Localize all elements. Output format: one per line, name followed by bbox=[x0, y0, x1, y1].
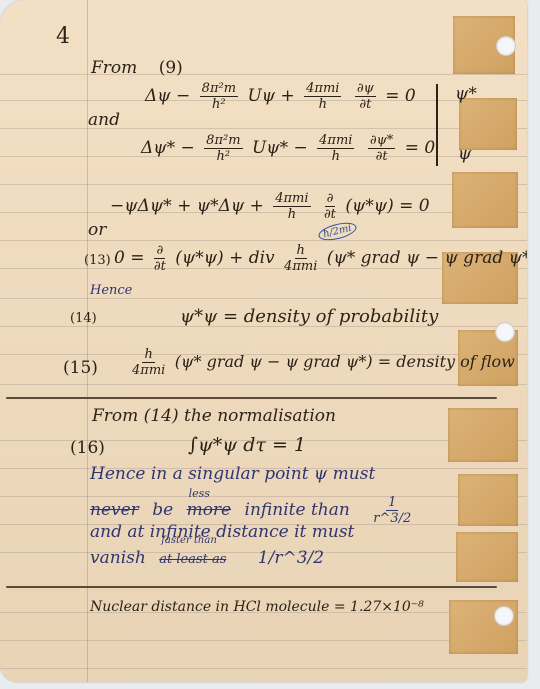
multiplier-psi: ψ bbox=[458, 146, 471, 163]
paragraph-line-1: Hence in a singular point ψ must bbox=[90, 466, 375, 483]
equation-14: ψ*ψ = density of probability bbox=[180, 308, 438, 326]
eq16-label: (16) bbox=[70, 440, 105, 457]
equation-b: Δψ* − 8π²mh² Uψ* − 4πmih ∂ψ*∂t = 0 bbox=[141, 134, 435, 163]
ruled-line bbox=[0, 128, 527, 129]
ruled-line bbox=[0, 240, 527, 241]
and-word: and bbox=[88, 112, 120, 129]
from-word: From bbox=[91, 58, 137, 78]
equation-a: Δψ − 8π²mh² Uψ + 4πmih ∂ψ∂t = 0 bbox=[145, 82, 416, 111]
fraction: ∂ψ∂t bbox=[355, 82, 376, 111]
tape-strip bbox=[456, 532, 518, 582]
eq-a-lhs: Δψ − bbox=[145, 86, 190, 106]
punch-hole bbox=[495, 322, 515, 342]
struck-word: more bbox=[187, 500, 232, 520]
eq15-text: (ψ* grad ψ − ψ grad ψ*) = density of flo… bbox=[175, 352, 515, 371]
paragraph-line-3: and at infinite distance it must bbox=[90, 524, 354, 541]
tape-strip bbox=[452, 172, 518, 228]
equation-c: −ψΔψ* + ψ*Δψ + 4πmih ∂∂t (ψ*ψ) = 0 bbox=[110, 192, 430, 221]
fraction: h4πmi bbox=[132, 348, 165, 377]
eq-c-rhs: (ψ*ψ) = 0 bbox=[345, 196, 429, 216]
section-divider bbox=[6, 397, 497, 399]
vertical-bar bbox=[436, 84, 438, 166]
fraction: 4πmih bbox=[273, 192, 310, 221]
punch-hole bbox=[496, 36, 516, 56]
multiplier-psi-star: ψ* bbox=[455, 86, 477, 103]
footer-note: Nuclear distance in HCl molecule = 1.27×… bbox=[90, 600, 424, 614]
inserted-phrase: faster than bbox=[161, 536, 217, 546]
eq-c-lhs: −ψΔψ* + ψ*Δψ + bbox=[110, 196, 264, 216]
eq13-label: (13) bbox=[84, 254, 111, 267]
ruled-line bbox=[0, 74, 527, 75]
struck-phrase: at least as bbox=[159, 552, 226, 567]
normalisation-line: From (14) the normalisation bbox=[92, 408, 336, 425]
fraction: 4πmih bbox=[317, 134, 354, 163]
fraction: 4πmih bbox=[304, 82, 341, 111]
equation-16: ∫ψ*ψ dτ = 1 bbox=[188, 436, 306, 455]
hence-word: Hence bbox=[90, 284, 132, 297]
tape-strip bbox=[458, 474, 518, 526]
eq15-label: (15) bbox=[63, 360, 98, 377]
ruled-line bbox=[0, 668, 527, 669]
ruled-line bbox=[0, 184, 527, 185]
fraction: ∂ψ*∂t bbox=[368, 134, 395, 163]
inserted-word: less bbox=[189, 488, 210, 499]
paragraph-line-4: vanish at least as faster than 1/r^3/2 bbox=[90, 550, 324, 567]
ruled-line bbox=[0, 640, 527, 641]
eq14-label: (14) bbox=[70, 312, 97, 325]
fraction: h4πmi bbox=[284, 244, 317, 273]
fraction: ∂∂t bbox=[154, 244, 166, 273]
eq13-rhs: (ψ* grad ψ − ψ grad ψ*) bbox=[327, 248, 527, 268]
punch-hole bbox=[494, 606, 514, 626]
eq-b-lhs: Δψ* − bbox=[141, 138, 195, 158]
eq13-mid: (ψ*ψ) + div bbox=[175, 248, 274, 268]
eq-a-rhs: = 0 bbox=[385, 86, 415, 106]
page-number: 4 bbox=[56, 26, 70, 48]
fraction: ∂∂t bbox=[324, 192, 336, 221]
or-word: or bbox=[88, 222, 106, 239]
eq-a-mid: Uψ + bbox=[247, 86, 294, 106]
equation-ref: (9) bbox=[159, 58, 183, 78]
section-divider bbox=[6, 586, 497, 588]
ruled-line bbox=[0, 384, 527, 385]
from-line: From (9) bbox=[91, 60, 183, 77]
fraction: 1r^3/2 bbox=[373, 496, 411, 525]
eq-b-mid: Uψ* − bbox=[252, 138, 308, 158]
fraction: 8π²mh² bbox=[204, 134, 242, 163]
equation-13: 0 = ∂∂t (ψ*ψ) + div h4πmi (ψ* grad ψ − ψ… bbox=[114, 244, 527, 273]
manuscript-page: 4 From (9) Δψ − 8π²mh² Uψ + 4πmih ∂ψ∂t =… bbox=[0, 0, 527, 682]
eq13-lhs: 0 = bbox=[114, 248, 144, 268]
margin-line bbox=[87, 0, 88, 682]
eq-b-rhs: = 0 bbox=[405, 138, 435, 158]
struck-word: never bbox=[90, 500, 139, 520]
equation-15: h4πmi (ψ* grad ψ − ψ grad ψ*) = density … bbox=[128, 348, 515, 377]
tape-strip bbox=[459, 98, 517, 150]
tape-strip bbox=[448, 408, 518, 462]
paragraph-line-2: never be more less infinite than 1r^3/2 bbox=[90, 496, 415, 525]
fraction: 8π²mh² bbox=[200, 82, 238, 111]
